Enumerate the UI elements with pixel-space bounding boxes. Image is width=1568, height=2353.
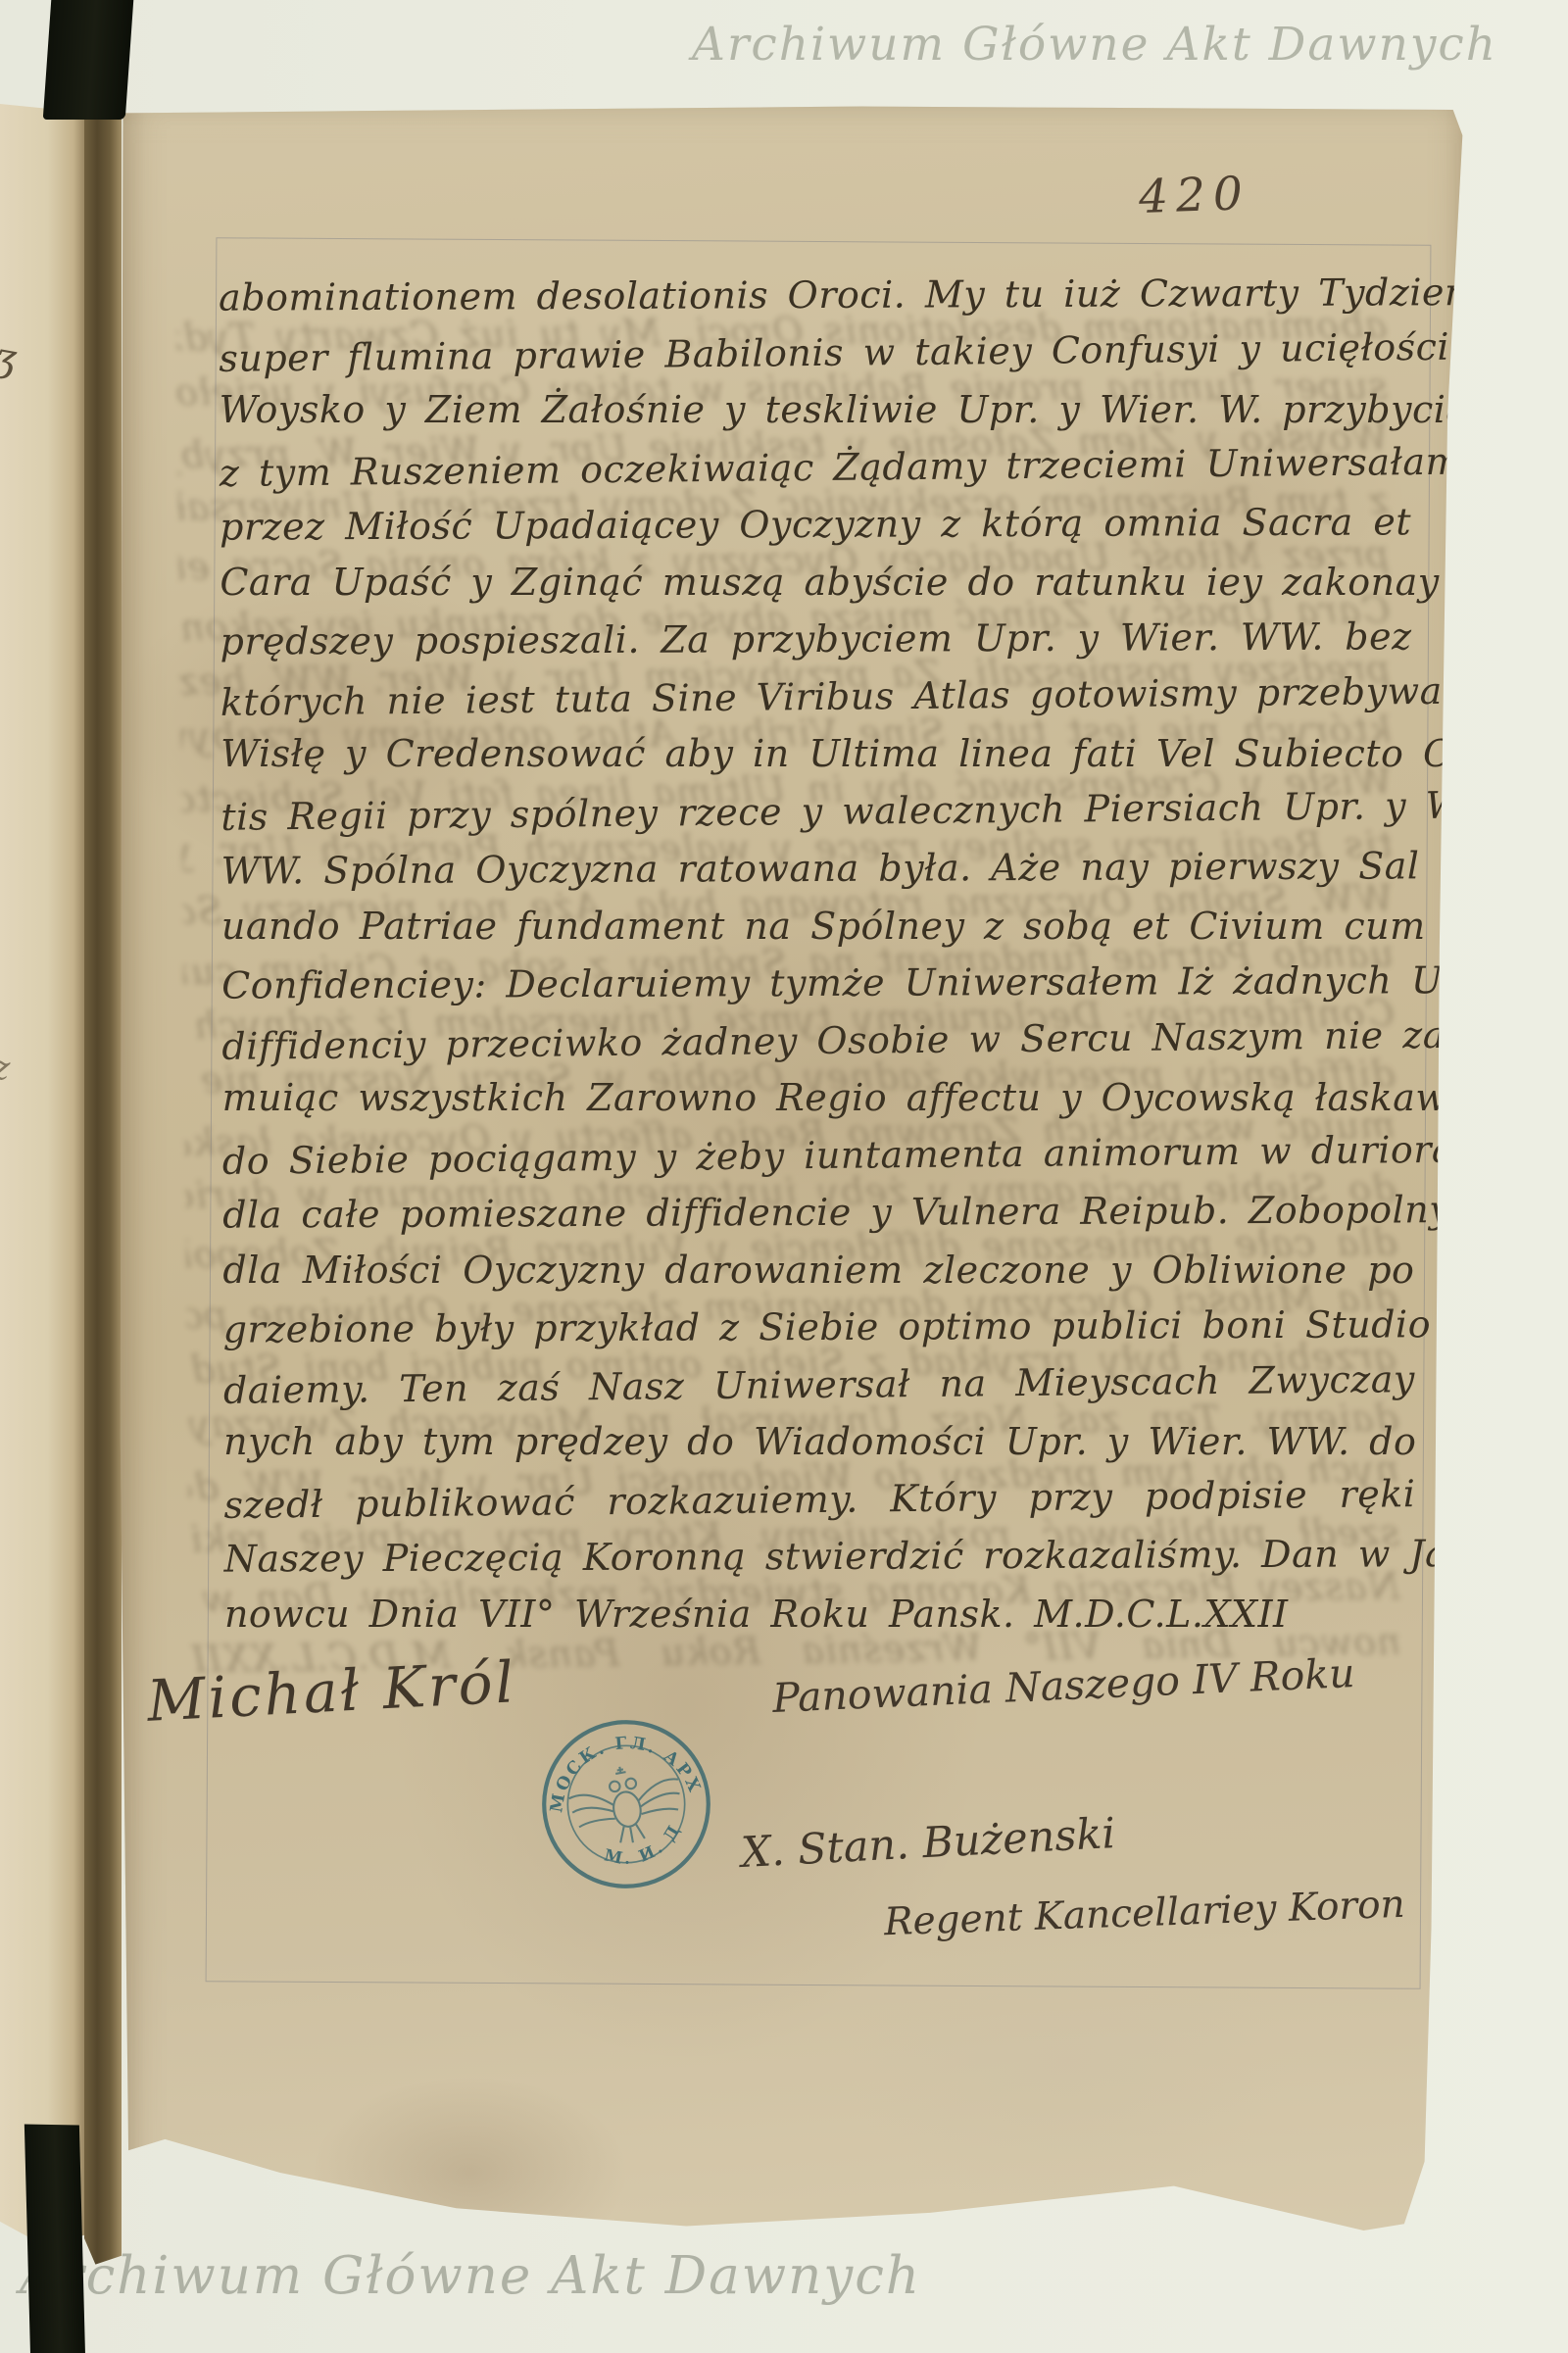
- archive-watermark-top: Archiwum Główne Akt Dawnych: [692, 18, 1497, 72]
- page-number: 420: [1138, 167, 1251, 224]
- archive-stamp-icon: МОСК. ГЛ. АРХИВЪ М. И. Д.: [525, 1703, 727, 1905]
- manuscript-line: WW. Spólna Oyczyzna ratowana była. Aże n…: [220, 837, 1412, 900]
- manuscript-line: abominationem desolationis Oroci. My tu …: [219, 264, 1410, 326]
- manuscript-line: Woysko y Ziem Żałośnie y teskliwie Upr. …: [220, 381, 1411, 439]
- manuscript-line: nych aby tym prędzey do Wiadomości Upr. …: [223, 1413, 1415, 1471]
- archive-watermark-bottom: Archiwum Główne Akt Dawnych: [20, 2246, 921, 2306]
- manuscript-line: diffidenciy przeciwko żadney Osobie w Se…: [221, 1006, 1414, 1075]
- bookmark-ribbon-bottom: [24, 2125, 85, 2353]
- manuscript-line: super flumina prawie Babilonis w takiey …: [219, 319, 1411, 387]
- manuscript-line: prędszey pospieszali. Za przybyciem Upr.…: [220, 608, 1411, 670]
- bookmark-ribbon-top: [43, 0, 134, 120]
- manuscript-line: uando Patriae fundament na Spólney z sob…: [221, 898, 1413, 955]
- manuscript-page: abominationem desolationis Oroci. My tu …: [118, 102, 1472, 2328]
- manuscript-line: Wisłę y Credensować aby in Ultima linea …: [220, 725, 1412, 783]
- manuscript-line: dla całe pomieszane diffidencie y Vulner…: [222, 1181, 1414, 1244]
- manuscript-line: przez Miłość Upadaiącey Oyczyzny z którą…: [220, 493, 1411, 556]
- manuscript-line: z tym Ruszeniem oczekiwaiąc Żądamy trzec…: [220, 433, 1412, 502]
- manuscript-line: do Siebie pociągamy y żeby iuntamenta an…: [222, 1121, 1415, 1190]
- manuscript-line: daiemy. Ten zaś Nasz Uniwersał na Mieysc…: [223, 1350, 1416, 1419]
- previous-page-edge: [0, 104, 86, 2256]
- manuscript-line: Confidenciey: Declaruiemy tymże Uniwersa…: [221, 952, 1413, 1014]
- manuscript-line: nowcu Dnia VII° Września Roku Pansk. M.D…: [224, 1585, 1416, 1642]
- manuscript-line: dla Miłości Oyczyzny darowaniem zleczone…: [222, 1241, 1414, 1299]
- manuscript-line: Naszey Pieczęcią Koronną stwierdzić rozk…: [224, 1525, 1416, 1588]
- manuscript-line: grzebione były przykład z Siebie optimo …: [223, 1296, 1415, 1358]
- manuscript-line: Cara Upaść y Zginąć muszą abyście do rat…: [220, 554, 1411, 612]
- manuscript-text: abominationem desolationis Oroci. My tu …: [219, 264, 1416, 1644]
- manuscript-line: szedł publikować rozkazuiemy. Który przy…: [223, 1465, 1416, 1534]
- manuscript-line: których nie iest tuta Sine Viribus Atlas…: [220, 662, 1413, 731]
- manuscript-line: tis Regii przy spólney rzece y walecznyc…: [220, 777, 1413, 846]
- scanned-document: Archiwum Główne Akt Dawnych Archiwum Głó…: [0, 0, 1568, 2353]
- book-gutter-shadow: [84, 102, 122, 2278]
- manuscript-line: muiąc wszystkich Zarowno Regio affectu y…: [222, 1069, 1414, 1126]
